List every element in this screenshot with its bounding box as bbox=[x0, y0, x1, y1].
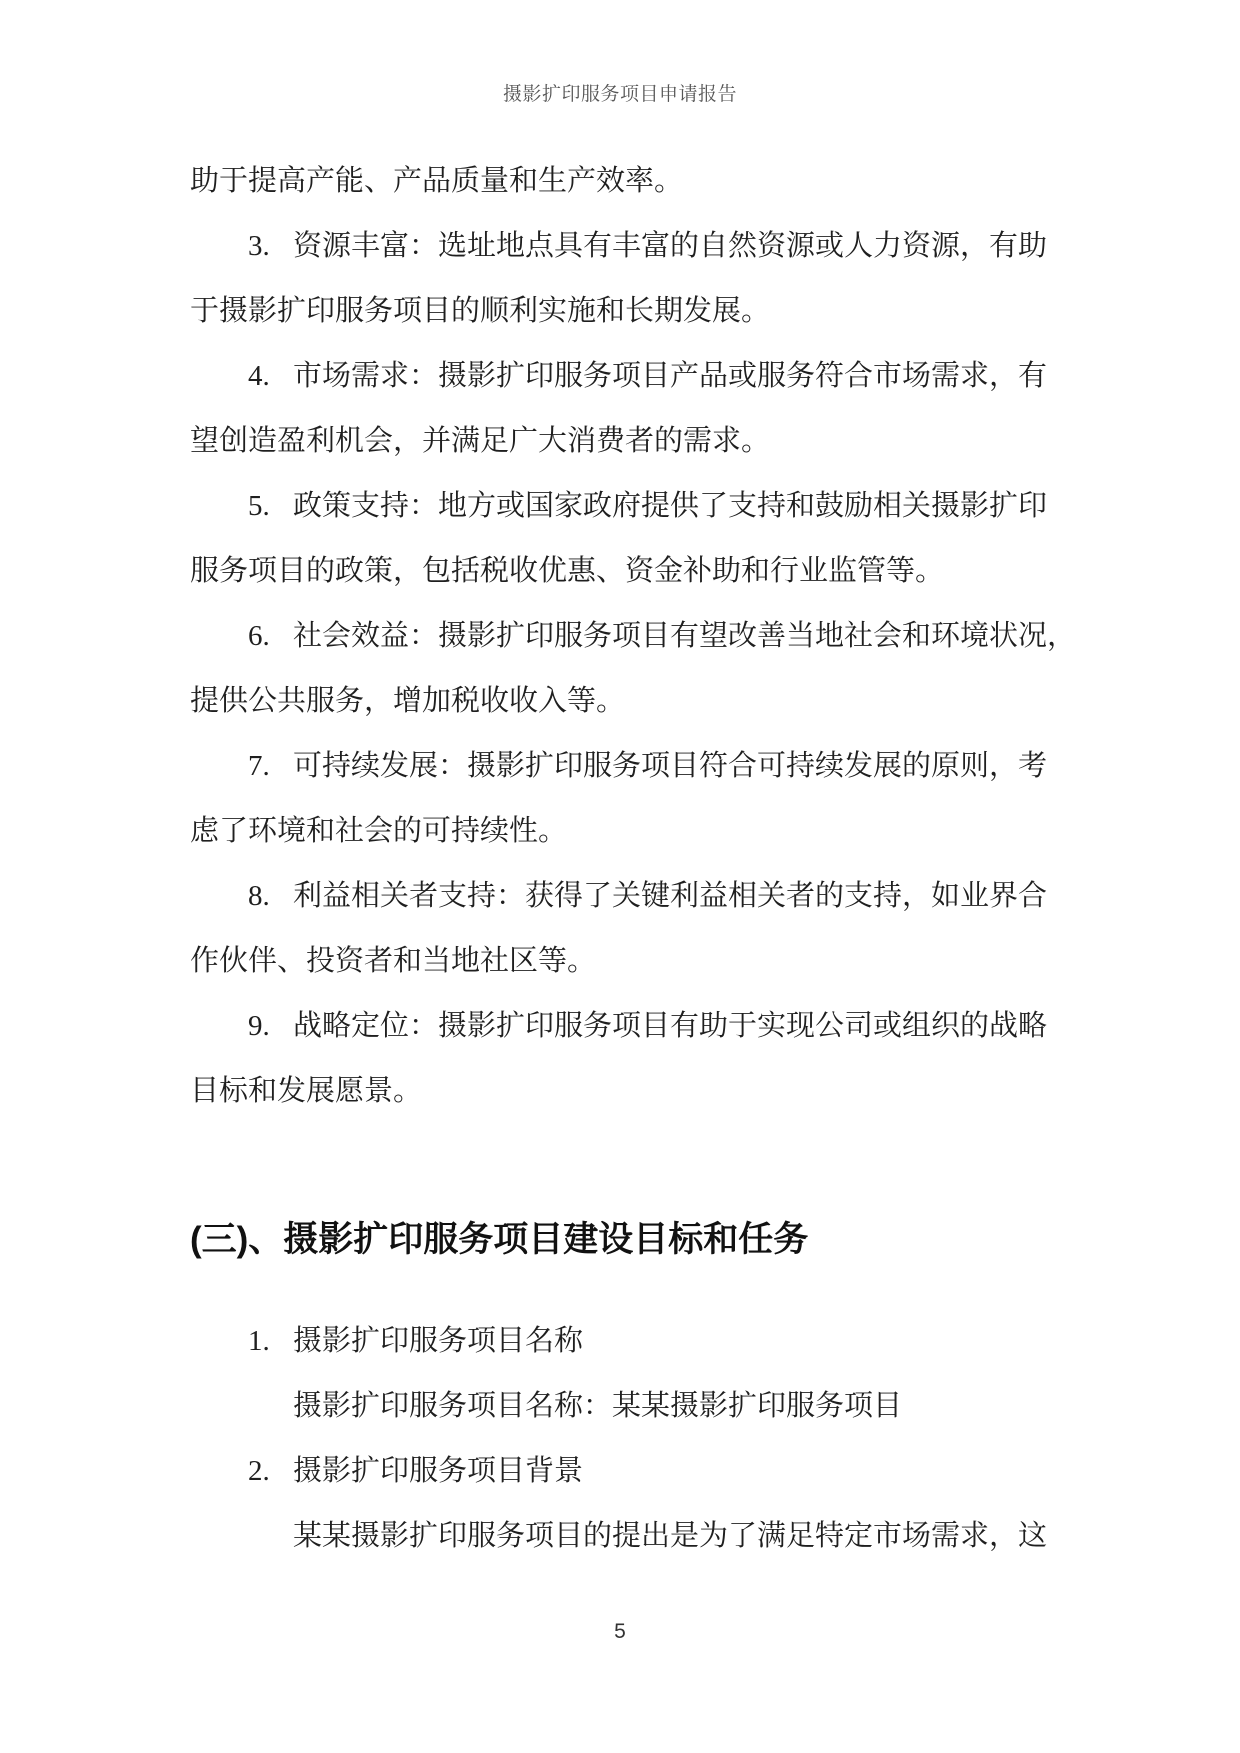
text-line: 1.摄影扩印服务项目名称 bbox=[190, 1309, 1075, 1374]
list-item-number: 1. bbox=[248, 1309, 293, 1374]
document-body: 助于提高产能、产品质量和生产效率。3.资源丰富：选址地点具有丰富的自然资源或人力… bbox=[190, 149, 1075, 1569]
line-text: 摄影扩印服务项目名称 bbox=[293, 1325, 583, 1357]
text-line: 5.政策支持：地方或国家政府提供了支持和鼓励相关摄影扩印 bbox=[190, 474, 1075, 539]
list-item-number: 9. bbox=[248, 994, 293, 1059]
list-item-number: 8. bbox=[248, 864, 293, 929]
list-item-number: 5. bbox=[248, 474, 293, 539]
text-line: 虑了环境和社会的可持续性。 bbox=[190, 799, 1075, 864]
text-line: 4.市场需求：摄影扩印服务项目产品或服务符合市场需求，有 bbox=[190, 344, 1075, 409]
line-text: 政策支持：地方或国家政府提供了支持和鼓励相关摄影扩印 bbox=[293, 490, 1047, 522]
text-line: 于摄影扩印服务项目的顺利实施和长期发展。 bbox=[190, 279, 1075, 344]
page-header-title: 摄影扩印服务项目申请报告 bbox=[0, 82, 1240, 108]
list-item-number: 3. bbox=[248, 214, 293, 279]
section-list-lines: 1.摄影扩印服务项目名称摄影扩印服务项目名称：某某摄影扩印服务项目2.摄影扩印服… bbox=[190, 1309, 1075, 1569]
line-text: 望创造盈利机会，并满足广大消费者的需求。 bbox=[190, 425, 770, 457]
line-text: 利益相关者支持：获得了关键利益相关者的支持，如业界合 bbox=[293, 880, 1047, 912]
text-line: 目标和发展愿景。 bbox=[190, 1059, 1075, 1124]
document-page: 摄影扩印服务项目申请报告 助于提高产能、产品质量和生产效率。3.资源丰富：选址地… bbox=[0, 0, 1240, 1753]
text-line: 某某摄影扩印服务项目的提出是为了满足特定市场需求，这 bbox=[190, 1504, 1075, 1569]
section-heading: (三)、摄影扩印服务项目建设目标和任务 bbox=[190, 1220, 1075, 1260]
line-text: 战略定位：摄影扩印服务项目有助于实现公司或组织的战略 bbox=[293, 1010, 1047, 1042]
list-item-number: 2. bbox=[248, 1439, 293, 1504]
text-line: 7.可持续发展：摄影扩印服务项目符合可持续发展的原则，考 bbox=[190, 734, 1075, 799]
page-number: 5 bbox=[0, 1618, 1240, 1646]
line-text: 市场需求：摄影扩印服务项目产品或服务符合市场需求，有 bbox=[293, 360, 1047, 392]
text-line: 2.摄影扩印服务项目背景 bbox=[190, 1439, 1075, 1504]
line-text: 虑了环境和社会的可持续性。 bbox=[190, 815, 567, 847]
text-line: 摄影扩印服务项目名称：某某摄影扩印服务项目 bbox=[190, 1374, 1075, 1439]
text-line: 作伙伴、投资者和当地社区等。 bbox=[190, 929, 1075, 994]
text-line: 9.战略定位：摄影扩印服务项目有助于实现公司或组织的战略 bbox=[190, 994, 1075, 1059]
text-line: 8.利益相关者支持：获得了关键利益相关者的支持，如业界合 bbox=[190, 864, 1075, 929]
text-line: 提供公共服务，增加税收收入等。 bbox=[190, 669, 1075, 734]
list-item-number: 7. bbox=[248, 734, 293, 799]
line-text: 社会效益：摄影扩印服务项目有望改善当地社会和环境状况， bbox=[293, 620, 1076, 652]
text-line: 服务项目的政策，包括税收优惠、资金补助和行业监管等。 bbox=[190, 539, 1075, 604]
line-text: 服务项目的政策，包括税收优惠、资金补助和行业监管等。 bbox=[190, 555, 944, 587]
line-text: 于摄影扩印服务项目的顺利实施和长期发展。 bbox=[190, 295, 770, 327]
line-text: 可持续发展：摄影扩印服务项目符合可持续发展的原则，考 bbox=[293, 750, 1047, 782]
line-text: 作伙伴、投资者和当地社区等。 bbox=[190, 945, 596, 977]
body-paragraph-lines: 助于提高产能、产品质量和生产效率。3.资源丰富：选址地点具有丰富的自然资源或人力… bbox=[190, 149, 1075, 1124]
text-line: 3.资源丰富：选址地点具有丰富的自然资源或人力资源，有助 bbox=[190, 214, 1075, 279]
list-item-number: 4. bbox=[248, 344, 293, 409]
line-text: 目标和发展愿景。 bbox=[190, 1075, 422, 1107]
line-text: 摄影扩印服务项目背景 bbox=[293, 1455, 583, 1487]
line-text: 资源丰富：选址地点具有丰富的自然资源或人力资源，有助 bbox=[293, 230, 1047, 262]
line-text: 提供公共服务，增加税收收入等。 bbox=[190, 685, 625, 717]
text-line: 望创造盈利机会，并满足广大消费者的需求。 bbox=[190, 409, 1075, 474]
line-text: 某某摄影扩印服务项目的提出是为了满足特定市场需求，这 bbox=[293, 1520, 1047, 1552]
list-item-number: 6. bbox=[248, 604, 293, 669]
line-text: 摄影扩印服务项目名称：某某摄影扩印服务项目 bbox=[293, 1390, 902, 1422]
text-line: 助于提高产能、产品质量和生产效率。 bbox=[190, 149, 1075, 214]
text-line: 6.社会效益：摄影扩印服务项目有望改善当地社会和环境状况， bbox=[190, 604, 1075, 669]
line-text: 助于提高产能、产品质量和生产效率。 bbox=[190, 165, 683, 197]
